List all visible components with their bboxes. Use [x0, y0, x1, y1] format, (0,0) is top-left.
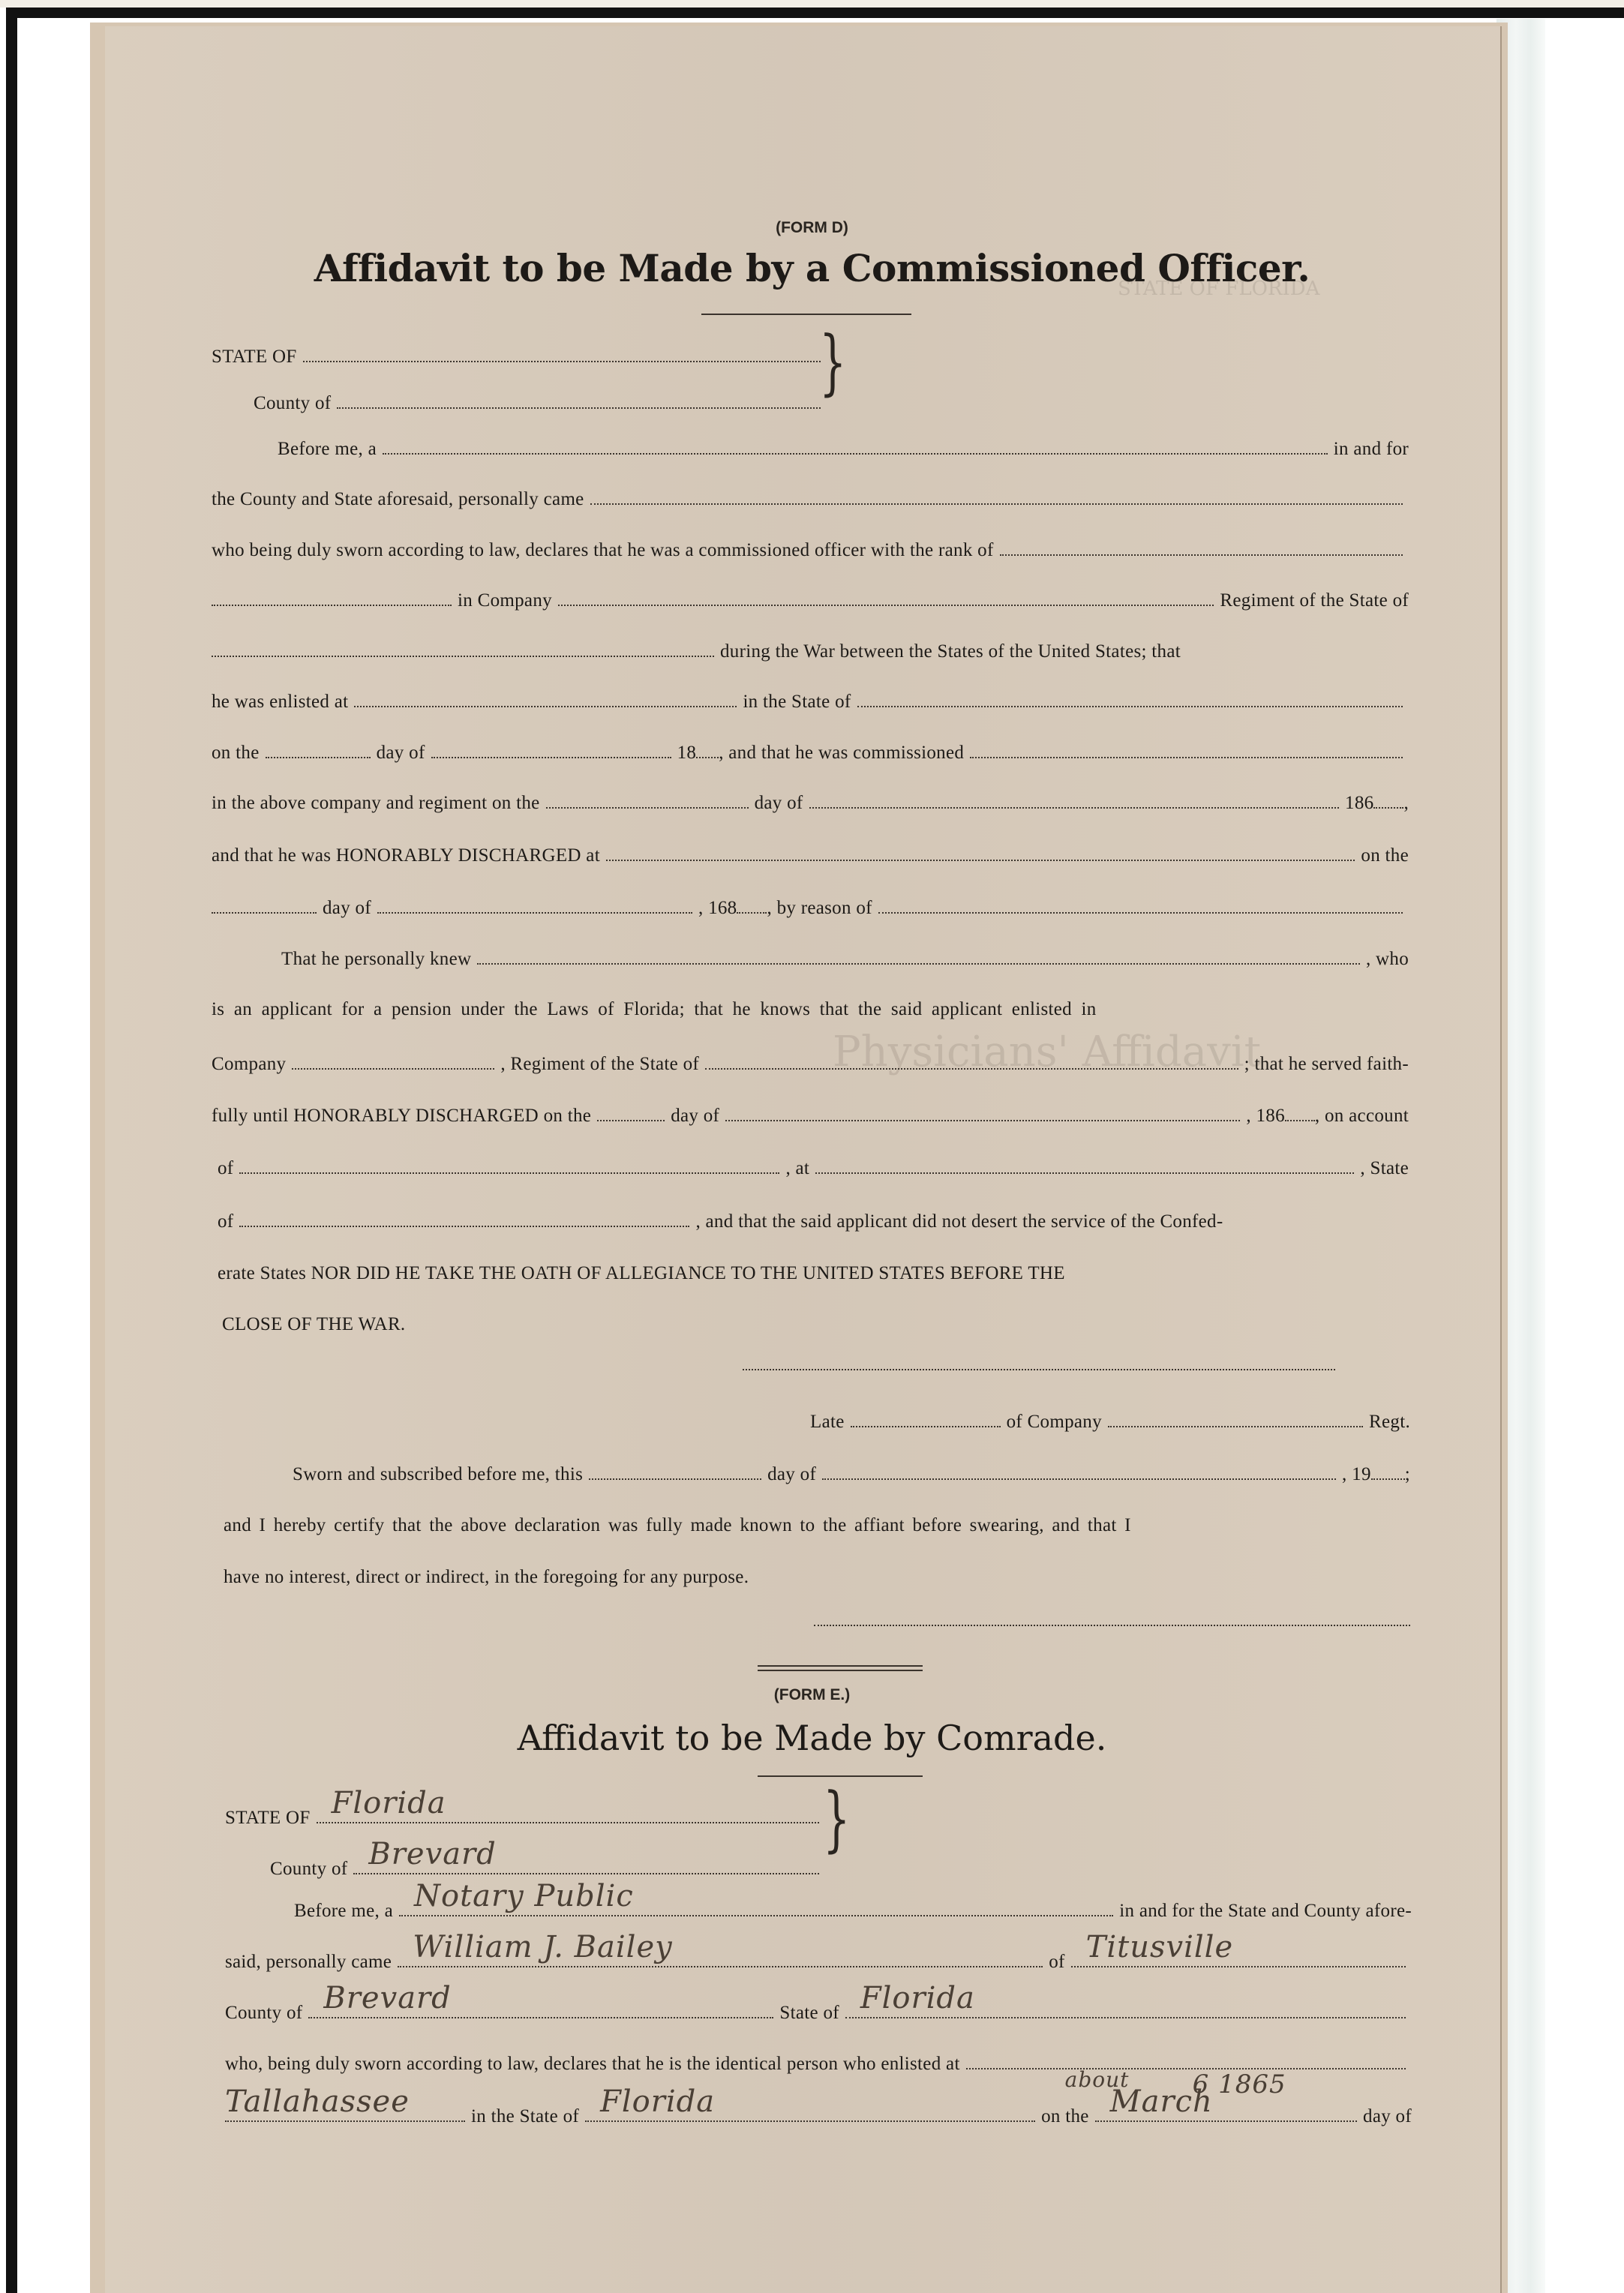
enlist-day-field[interactable] — [266, 757, 371, 758]
title-rule — [701, 314, 911, 315]
applicant-company-field[interactable] — [292, 1068, 494, 1070]
form-e-label: (FORM E.) — [0, 1686, 1624, 1704]
discharge-state-field[interactable] — [239, 1226, 689, 1227]
form-d-label: (FORM D) — [0, 219, 1624, 237]
discharge-place-field[interactable] — [815, 1172, 1354, 1174]
form-d-certify-1: and I hereby certify that the above decl… — [224, 1506, 1409, 1536]
form-d-discharge-date: day of, 168, by reason of — [212, 889, 1409, 919]
form-d-commissioned: on theday of18, and that he was commissi… — [212, 734, 1409, 764]
form-d-did-not-desert: of, and that the said applicant did not … — [218, 1202, 1409, 1232]
county-of-field[interactable] — [337, 407, 821, 409]
sworn-month-field[interactable] — [822, 1478, 1336, 1480]
form-e-enlisted-town-field[interactable]: Tallahassee — [225, 2120, 465, 2122]
form-d-close-of-war: CLOSE OF THE WAR. — [222, 1305, 1413, 1335]
form-d-oath: erate States NOR DID HE TAKE THE OATH OF… — [218, 1254, 1409, 1284]
applicant-discharge-year-field[interactable] — [1285, 1120, 1315, 1121]
applicant-regiment-state-field[interactable] — [705, 1068, 1238, 1070]
rank-field[interactable] — [1000, 554, 1403, 556]
form-d-company: in CompanyRegiment of the State of — [212, 581, 1409, 611]
form-e-state-of: STATE OFFlorida — [225, 1799, 825, 1829]
form-d-applicant-company: Company, Regiment of the State of; that … — [212, 1045, 1409, 1075]
form-e-town-field[interactable]: Titusville — [1071, 1966, 1406, 1967]
form-d-state-of: STATE OF — [212, 338, 827, 368]
discharged-at-field[interactable] — [606, 860, 1355, 861]
about-note: about — [1065, 2067, 1130, 2092]
sworn-year-field[interactable] — [1371, 1478, 1405, 1480]
notary-signature-line[interactable] — [814, 1625, 1410, 1626]
form-d-personally-knew: That he personally knew, who — [281, 940, 1409, 970]
discharge-year-field[interactable] — [737, 912, 767, 914]
brace-icon: } — [819, 321, 846, 404]
applicant-discharge-day-field[interactable] — [597, 1120, 665, 1121]
discharge-reason-field[interactable] — [878, 912, 1403, 914]
date-note: 6 1865 — [1193, 2069, 1286, 2099]
on-account-of-field[interactable] — [239, 1172, 779, 1174]
discharge-month-field[interactable] — [377, 912, 692, 914]
form-e-enlisted-state-field[interactable]: Florida — [585, 2120, 1035, 2122]
enlisted-state-field[interactable] — [857, 706, 1403, 707]
state-of-field[interactable] — [303, 361, 821, 362]
form-e-county2-field[interactable]: Brevard — [308, 2017, 773, 2018]
title-rule — [758, 1775, 923, 1777]
enlisted-at-field[interactable] — [354, 706, 737, 707]
form-d-certify-2: have no interest, direct or indirect, in… — [224, 1558, 1409, 1588]
late-rank-field[interactable] — [851, 1426, 1001, 1427]
late-company-field[interactable] — [1108, 1426, 1363, 1427]
form-d-enlisted: he was enlisted atin the State of — [212, 683, 1409, 713]
form-d-county-of: County of — [254, 384, 827, 414]
form-d-late-of-company: Lateof CompanyRegt. — [810, 1403, 1410, 1433]
discharge-day-field[interactable] — [212, 912, 317, 914]
form-e-enlist-day-field[interactable]: Marchabout6 1865 — [1095, 2120, 1357, 2122]
form-e-state2-field[interactable]: Florida — [845, 2017, 1406, 2018]
officer-title-field[interactable] — [383, 453, 1328, 455]
form-d-applicant: is an applicant for a pension under the … — [212, 990, 1409, 1020]
scan-top-strip — [0, 0, 1624, 8]
commission-month-field[interactable] — [809, 807, 1339, 809]
form-d-war: during the War between the States of the… — [212, 632, 1409, 662]
brace-icon: } — [823, 1778, 850, 1860]
form-d-on-account-of: of, at, State — [218, 1149, 1409, 1179]
form-e-officer-title-field[interactable]: Notary Public — [399, 1915, 1113, 1916]
form-d-before-me: Before me, ain and for — [278, 430, 1409, 460]
form-e-county-of: County ofBrevard — [270, 1850, 825, 1880]
form-e-title: Affidavit to be Made by Comrade. — [0, 1718, 1624, 1758]
affiant-name-field[interactable] — [590, 503, 1403, 505]
separator-rule — [758, 1670, 923, 1671]
form-e-enlisted-at-field[interactable] — [966, 2068, 1406, 2069]
company-field[interactable] — [558, 605, 1214, 606]
form-e-county-state: County ofBrevardState ofFlorida — [225, 1994, 1412, 2024]
form-e-comrade-name-field[interactable]: William J. Bailey — [398, 1966, 1043, 1967]
enlist-month-field[interactable] — [431, 757, 671, 758]
form-d-personally-came: the County and State aforesaid, personal… — [212, 480, 1409, 510]
form-d-rank: who being duly sworn according to law, d… — [212, 531, 1409, 561]
form-d-title: Affidavit to be Made by a Commissioned O… — [0, 246, 1624, 290]
enlist-year-field[interactable] — [696, 757, 719, 758]
form-e-enlisted-line: Tallahasseein the State ofFloridaon theM… — [225, 2097, 1412, 2127]
form-d-sworn: Sworn and subscribed before me, thisday … — [293, 1455, 1410, 1485]
scan-frame-top — [6, 8, 1624, 18]
officer-signature-line[interactable] — [743, 1369, 1335, 1370]
form-d-discharged: and that he was HONORABLY DISCHARGED ato… — [212, 836, 1409, 866]
commission-day-field[interactable] — [546, 807, 749, 809]
form-e-before-me: Before me, aNotary Publicin and for the … — [294, 1892, 1412, 1922]
form-e-personally-came: said, personally cameWilliam J. Baileyof… — [225, 1943, 1412, 1973]
applicant-discharge-month-field[interactable] — [725, 1120, 1240, 1121]
commissioned-field[interactable] — [970, 757, 1403, 758]
scan-frame-left — [6, 8, 17, 2293]
commission-year-field[interactable] — [1373, 807, 1403, 809]
rank-continued-field[interactable] — [212, 605, 452, 606]
form-d-commission-date: in the above company and regiment on the… — [212, 784, 1409, 814]
sworn-day-field[interactable] — [589, 1478, 761, 1480]
state-field[interactable] — [212, 656, 714, 657]
form-e-state-field[interactable]: Florida — [317, 1822, 819, 1823]
separator-rule — [758, 1665, 923, 1667]
applicant-name-field[interactable] — [477, 963, 1360, 965]
form-d-served-faithfully: fully until HONORABLY DISCHARGED on thed… — [212, 1097, 1409, 1127]
form-e-county-field[interactable]: Brevard — [353, 1873, 819, 1874]
